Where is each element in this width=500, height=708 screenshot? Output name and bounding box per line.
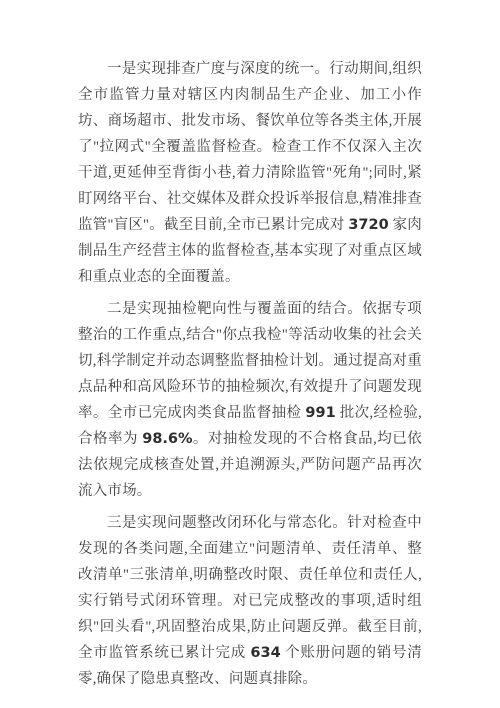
document-body: 一是实现排查广度与深度的统一。行动期间,组织全市监管力量对辖区内肉制品生产企业、… <box>78 56 422 692</box>
bold-number: 991 <box>305 405 335 421</box>
document-page: 一是实现排查广度与深度的统一。行动期间,组织全市监管力量对辖区内肉制品生产企业、… <box>0 0 500 708</box>
text-run: 三是实现问题整改闭环化与常态化。针对检查中发现的各类问题,全面建立"问题清单、责… <box>78 515 422 661</box>
bold-number: 634 <box>250 645 280 661</box>
paragraph: 一是实现排查广度与深度的统一。行动期间,组织全市监管力量对辖区内肉制品生产企业、… <box>78 56 422 290</box>
text-run: 一是实现排查广度与深度的统一。行动期间,组织全市监管力量对辖区内肉制品生产企业、… <box>78 61 422 233</box>
paragraph: 三是实现问题整改闭环化与常态化。针对检查中发现的各类问题,全面建立"问题清单、责… <box>78 510 422 692</box>
bold-number: 98.6% <box>142 431 192 447</box>
bold-number: 3720 <box>348 217 388 233</box>
paragraph: 二是实现抽检靶向性与覆盖面的结合。依据专项整治的工作重点,结合"你点我检"等活动… <box>78 296 422 504</box>
text-run: 二是实现抽检靶向性与覆盖面的结合。依据专项整治的工作重点,结合"你点我检"等活动… <box>78 301 422 421</box>
